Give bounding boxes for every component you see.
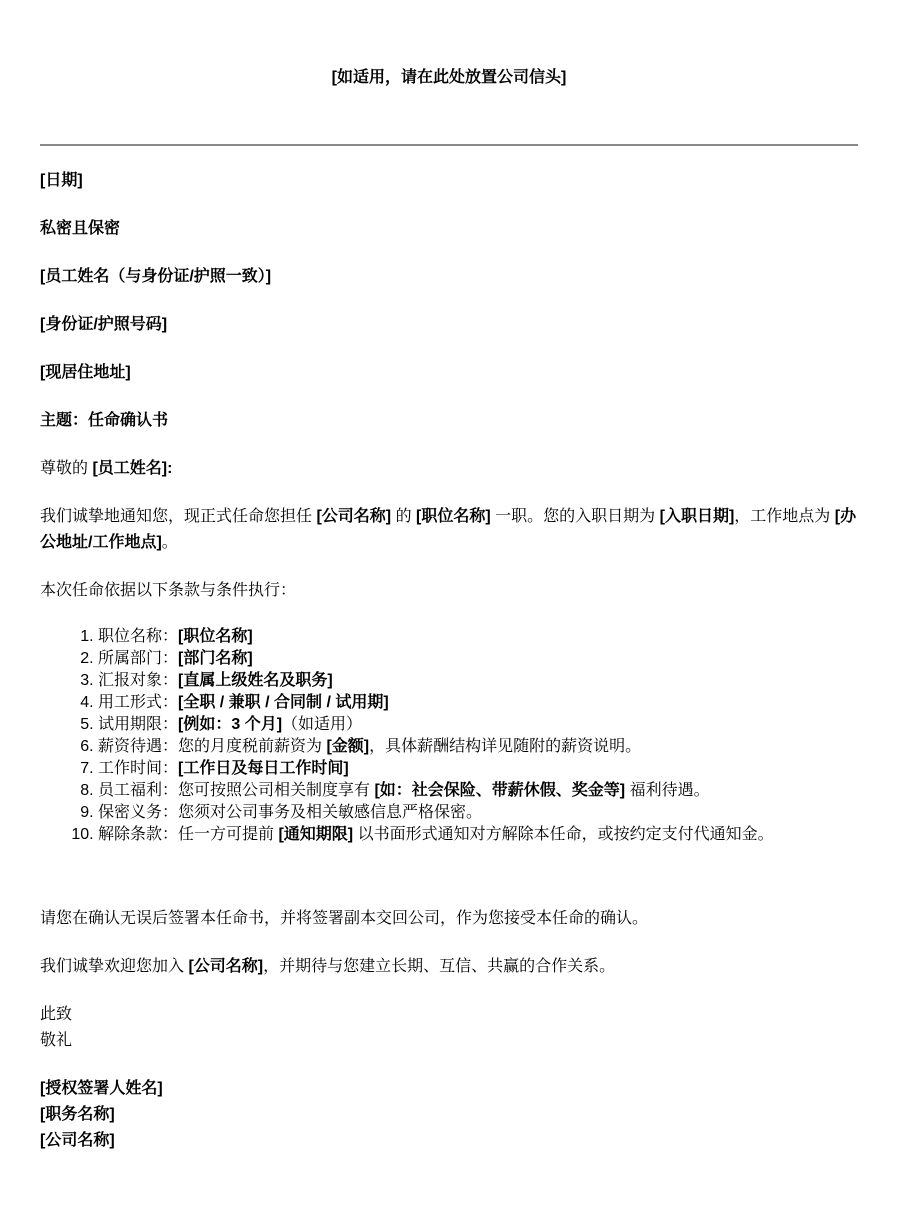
terms-item: 职位名称：[职位名称] — [98, 626, 858, 648]
signature-block: [授权签署人姓名][职务名称][公司名称] — [40, 1076, 858, 1154]
recipient-address-line: [现居住地址] — [40, 360, 858, 386]
terms-item: 试用期限：[例如：3 个月]（如适用） — [98, 714, 858, 736]
document-body: { "colors": { "background": "#ffffff", "… — [0, 0, 920, 1230]
welcome-paragraph: 我们诚挚欢迎您加入 [公司名称]，并期待与您建立长期、互信、共赢的合作关系。 — [40, 954, 858, 980]
intro-paragraph: 我们诚挚地通知您，现正式任命您担任 [公司名称] 的 [职位名称] 一职。您的入… — [40, 504, 858, 556]
terms-item: 解除条款：任一方可提前 [通知期限] 以书面形式通知对方解除本任命，或按约定支付… — [98, 824, 858, 846]
terms-item: 薪资待遇：您的月度税前薪资为 [金额]，具体薪酬结构详见随附的薪资说明。 — [98, 736, 858, 758]
greeting-line: 尊敬的 [员工姓名]: — [40, 456, 858, 482]
letterhead-placeholder: [如适用，请在此处放置公司信头] — [40, 66, 858, 90]
terms-item: 保密义务：您须对公司事务及相关敏感信息严格保密。 — [98, 802, 858, 824]
signoff-block: 此致敬礼 — [40, 1002, 858, 1054]
date-line: [日期] — [40, 168, 858, 194]
terms-intro: 本次任命依据以下条款与条件执行： — [40, 578, 858, 604]
recipient-id-line: [身份证/护照号码] — [40, 312, 858, 338]
terms-item: 员工福利：您可按照公司相关制度享有 [如：社会保险、带薪休假、奖金等] 福利待遇… — [98, 780, 858, 802]
terms-list: 职位名称：[职位名称]所属部门：[部门名称]汇报对象：[直属上级姓名及职务]用工… — [40, 626, 858, 846]
appointment-confirmation-letter: [如适用，请在此处放置公司信头] [日期] 私密且保密 [员工姓名（与身份证/护… — [0, 0, 920, 1230]
recipient-name-line: [员工姓名（与身份证/护照一致）] — [40, 264, 858, 290]
terms-item: 汇报对象：[直属上级姓名及职务] — [98, 670, 858, 692]
divider — [40, 144, 858, 146]
terms-item: 用工形式：[全职 / 兼职 / 合同制 / 试用期] — [98, 692, 858, 714]
signing-instruction-paragraph: 请您在确认无误后签署本任命书，并将签署副本交回公司，作为您接受本任命的确认。 — [40, 906, 858, 932]
terms-item: 所属部门：[部门名称] — [98, 648, 858, 670]
subject-line: 主题：任命确认书 — [40, 408, 858, 434]
confidential-label: 私密且保密 — [40, 216, 858, 242]
terms-item: 工作时间：[工作日及每日工作时间] — [98, 758, 858, 780]
